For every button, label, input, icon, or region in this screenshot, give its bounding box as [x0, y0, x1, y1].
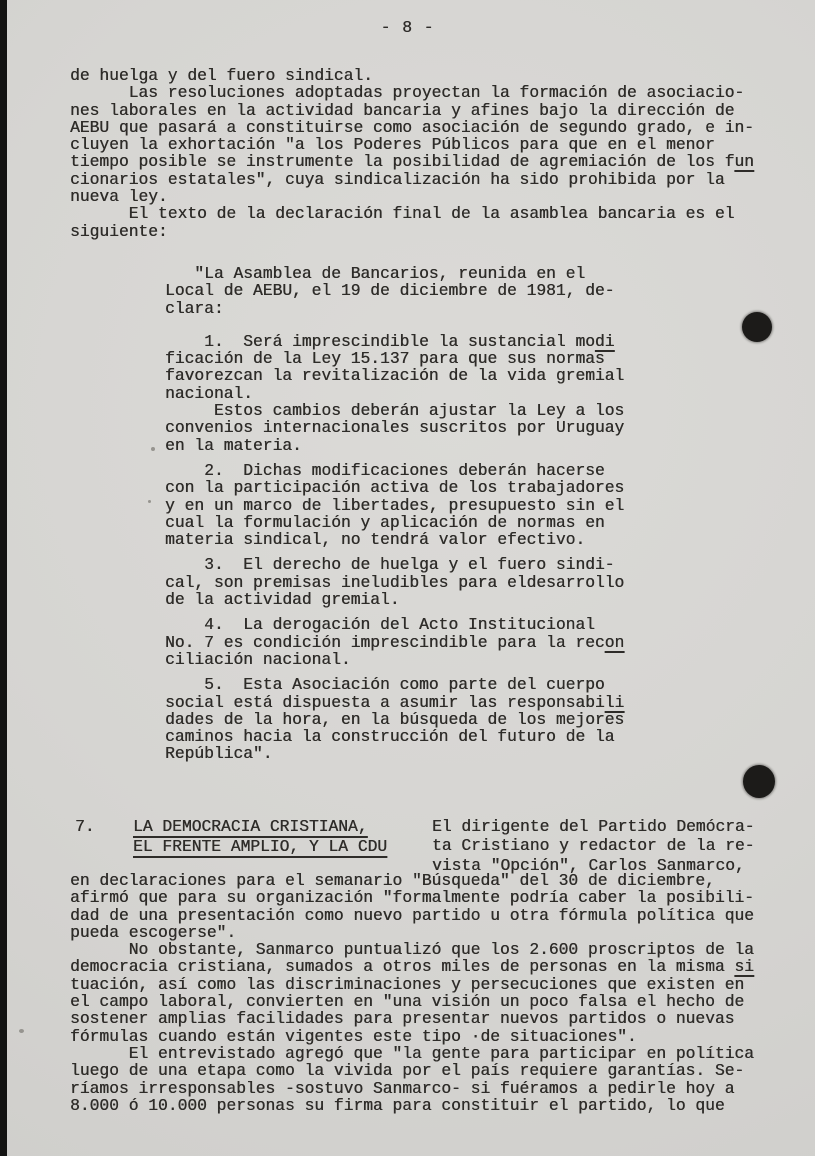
intro-paragraphs: de huelga y del fuero sindical. Las reso…	[70, 67, 770, 240]
paragraph: 4. La derogación del Acto InstitucionalN…	[165, 616, 665, 668]
text-line: LA DEMOCRACIA CRISTIANA,	[133, 817, 387, 837]
punch-hole-mark-bottom	[743, 765, 775, 798]
text-line: 2. Dichas modificaciones deberán hacerse	[165, 462, 665, 479]
text-line: AEBU que pasará a constituirse como asoc…	[70, 119, 770, 136]
text-segment: 1. Será imprescindible la sustancial mo	[165, 332, 595, 351]
text-line: Local de AEBU, el 19 de diciembre de 198…	[165, 282, 665, 299]
text-line: 5. Esta Asociación como parte del cuerpo	[165, 676, 665, 693]
section-number: 7.	[75, 817, 95, 836]
text-line: dades de la hora, en la búsqueda de los …	[165, 711, 665, 728]
text-line: tuación, así como las discriminaciones y…	[70, 976, 780, 993]
text-line: 8.000 ó 10.000 personas su firma para co…	[70, 1097, 780, 1114]
text-line: ta Cristiano y redactor de la re-	[432, 836, 754, 855]
text-line: en declaraciones para el semanario "Búsq…	[70, 872, 780, 889]
paragraph: 2. Dichas modificaciones deberán hacerse…	[165, 462, 665, 548]
paragraph: 1. Será imprescindible la sustancial mod…	[165, 333, 665, 454]
section-side-text: El dirigente del Partido Demócra-ta Cris…	[432, 817, 754, 875]
paragraph: de huelga y del fuero sindical. Las reso…	[70, 67, 770, 240]
section-heading: LA DEMOCRACIA CRISTIANA,EL FRENTE AMPLIO…	[133, 817, 387, 857]
text-line: nes laborales en la actividad bancaria y…	[70, 102, 770, 119]
text-line: 4. La derogación del Acto Institucional	[165, 616, 665, 633]
paragraph: en declaraciones para el semanario "Búsq…	[70, 872, 780, 1114]
text-line: ríamos irresponsables -sostuvo Sanmarco-…	[70, 1080, 780, 1097]
text-line: cluyen la exhortación "a los Poderes Púb…	[70, 136, 770, 153]
text-line: El texto de la declaración final de la a…	[70, 205, 770, 222]
text-line: caminos hacia la construcción del futuro…	[165, 728, 665, 745]
text-line: nueva ley.	[70, 188, 770, 205]
text-line: Las resoluciones adoptadas proyectan la …	[70, 84, 770, 101]
page-number: - 8 -	[0, 18, 815, 37]
text-line: materia sindical, no tendrá valor efecti…	[165, 531, 665, 548]
text-line: No obstante, Sanmarco puntualizó que los…	[70, 941, 780, 958]
ink-speck	[19, 1029, 24, 1033]
text-line: siguiente:	[70, 223, 770, 240]
text-line: No. 7 es condición imprescindible para l…	[165, 634, 665, 651]
text-line: favorezcan la revitalización de la vida …	[165, 367, 665, 384]
ink-speck	[148, 500, 151, 503]
text-line: tiempo posible se instrumente la posibil…	[70, 153, 770, 170]
text-line: 3. El derecho de huelga y el fuero sindi…	[165, 556, 665, 573]
underlined-syllable: si	[734, 957, 754, 976]
text-line: nacional.	[165, 385, 665, 402]
underlined-syllable: li	[605, 693, 625, 712]
underlined-syllable: on	[605, 633, 625, 652]
text-line: en la materia.	[165, 437, 665, 454]
scan-edge-strip	[0, 0, 7, 1156]
text-line: luego de una etapa como la vivida por el…	[70, 1062, 780, 1079]
paragraph: "La Asamblea de Bancarios, reunida en el…	[165, 265, 665, 317]
text-line: y en un marco de libertades, presupuesto…	[165, 497, 665, 514]
text-line: El entrevistado agregó que "la gente par…	[70, 1045, 780, 1062]
scanned-document-page: - 8 - de huelga y del fuero sindical. La…	[0, 0, 815, 1156]
text-line: social está dispuesta a asumir las respo…	[165, 694, 665, 711]
text-line: con la participación activa de los traba…	[165, 479, 665, 496]
text-line: ficación de la Ley 15.137 para que sus n…	[165, 350, 665, 367]
text-line: cual la formulación y aplicación de norm…	[165, 514, 665, 531]
punch-hole-mark-top	[742, 312, 772, 342]
text-line: democracia cristiana, sumados a otros mi…	[70, 958, 780, 975]
text-line: afirmó que para su organización "formalm…	[70, 889, 780, 906]
text-line: EL FRENTE AMPLIO, Y LA CDU	[133, 837, 387, 857]
text-line: cionarios estatales", cuya sindicalizaci…	[70, 171, 770, 188]
text-segment: tiempo posible se instrumente la posibil…	[70, 152, 734, 171]
text-line: 1. Será imprescindible la sustancial mod…	[165, 333, 665, 350]
text-line: cal, son premisas ineludibles para eldes…	[165, 574, 665, 591]
text-line: Estos cambios deberán ajustar la Ley a l…	[165, 402, 665, 419]
ink-speck	[151, 447, 155, 451]
text-segment: social está dispuesta a asumir las respo…	[165, 693, 605, 712]
section-body-paragraphs: en declaraciones para el semanario "Búsq…	[70, 872, 780, 1114]
text-line: clara:	[165, 300, 665, 317]
paragraph: 3. El derecho de huelga y el fuero sindi…	[165, 556, 665, 608]
text-line: pueda escogerse".	[70, 924, 780, 941]
text-line: de huelga y del fuero sindical.	[70, 67, 770, 84]
underlined-syllable: di	[595, 332, 615, 351]
paragraph: 5. Esta Asociación como parte del cuerpo…	[165, 676, 665, 762]
text-line: convenios internacionales suscritos por …	[165, 419, 665, 436]
text-line: dad de una presentación como nuevo parti…	[70, 907, 780, 924]
text-line: fórmulas cuando están vigentes este tipo…	[70, 1028, 780, 1045]
text-line: el campo laboral, convierten en "una vis…	[70, 993, 780, 1010]
text-line: República".	[165, 745, 665, 762]
text-line: "La Asamblea de Bancarios, reunida en el	[165, 265, 665, 282]
text-line: El dirigente del Partido Demócra-	[432, 817, 754, 836]
text-line: ciliación nacional.	[165, 651, 665, 668]
declaration-quote: "La Asamblea de Bancarios, reunida en el…	[165, 265, 665, 763]
text-line: de la actividad gremial.	[165, 591, 665, 608]
text-line: sostener amplias facilidades para presen…	[70, 1010, 780, 1027]
underlined-syllable: un	[734, 152, 754, 171]
text-segment: democracia cristiana, sumados a otros mi…	[70, 957, 734, 976]
text-segment: No. 7 es condición imprescindible para l…	[165, 633, 605, 652]
